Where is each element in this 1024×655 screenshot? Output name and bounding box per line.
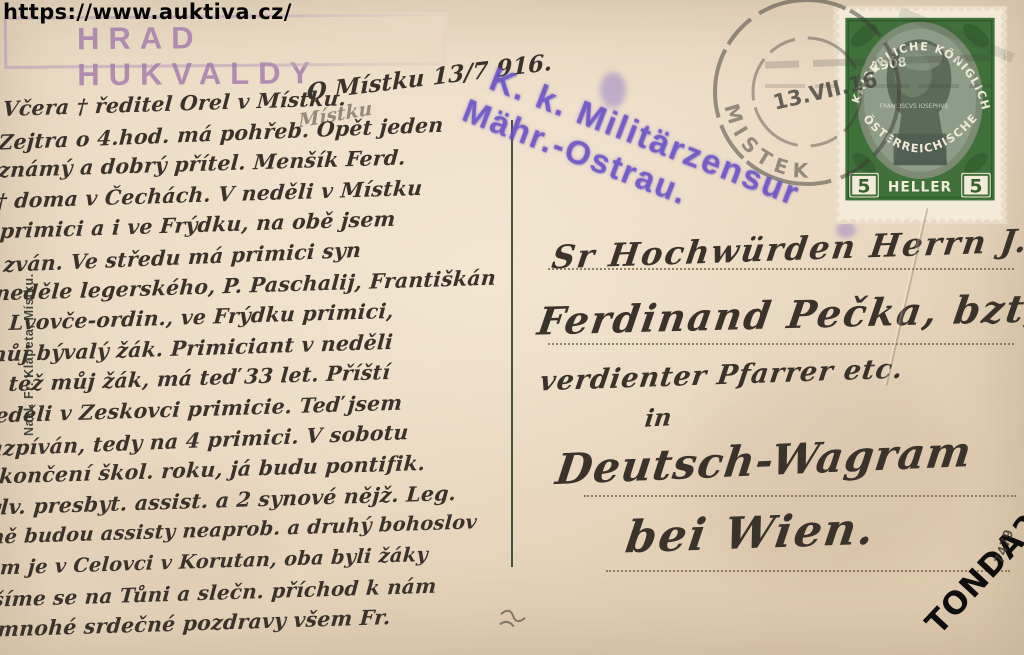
address-line-name: Ferdinand Pečka, bzt,: [535, 285, 1024, 343]
stamp-denomination-right: 5: [969, 177, 982, 198]
seller-watermark: TONDA2: [919, 507, 1024, 642]
stamp-denomination-unit: HELLER: [888, 180, 952, 196]
message-block: Včera † ředitel Orel v Místku.Zejtra o 4…: [0, 77, 546, 646]
postage-stamp: KAISERLICHE KÖNIGLICHE ÖSTERREICHISCHE P…: [833, 6, 1007, 224]
address-dotted-rule: [606, 570, 1010, 572]
address-line-town: Deutsch-Wagram: [553, 427, 975, 494]
address-line-region: bei Wien.: [622, 504, 879, 564]
publisher-imprint-text: Nakl. Fr. Klapeta, Místku.: [22, 224, 36, 436]
stamp-portrait-caption: FRANCISCVS IOSEPHVS: [880, 104, 949, 110]
address-line-title: verdienter Pfarrer etc.: [538, 354, 906, 398]
address-line-in: in: [643, 402, 673, 433]
auction-site-watermark: https://www.auktiva.cz/: [3, 0, 292, 24]
postcard-scan: https://www.auktiva.cz/ HRAD HUKVALDY O …: [0, 0, 1024, 655]
address-dotted-rule: [584, 495, 1016, 497]
publisher-imprint: Nakl. Fr. Klapeta, Místku.: [22, 224, 38, 436]
address-dotted-rule: [548, 343, 1014, 345]
stamp-denomination-left: 5: [858, 177, 871, 198]
